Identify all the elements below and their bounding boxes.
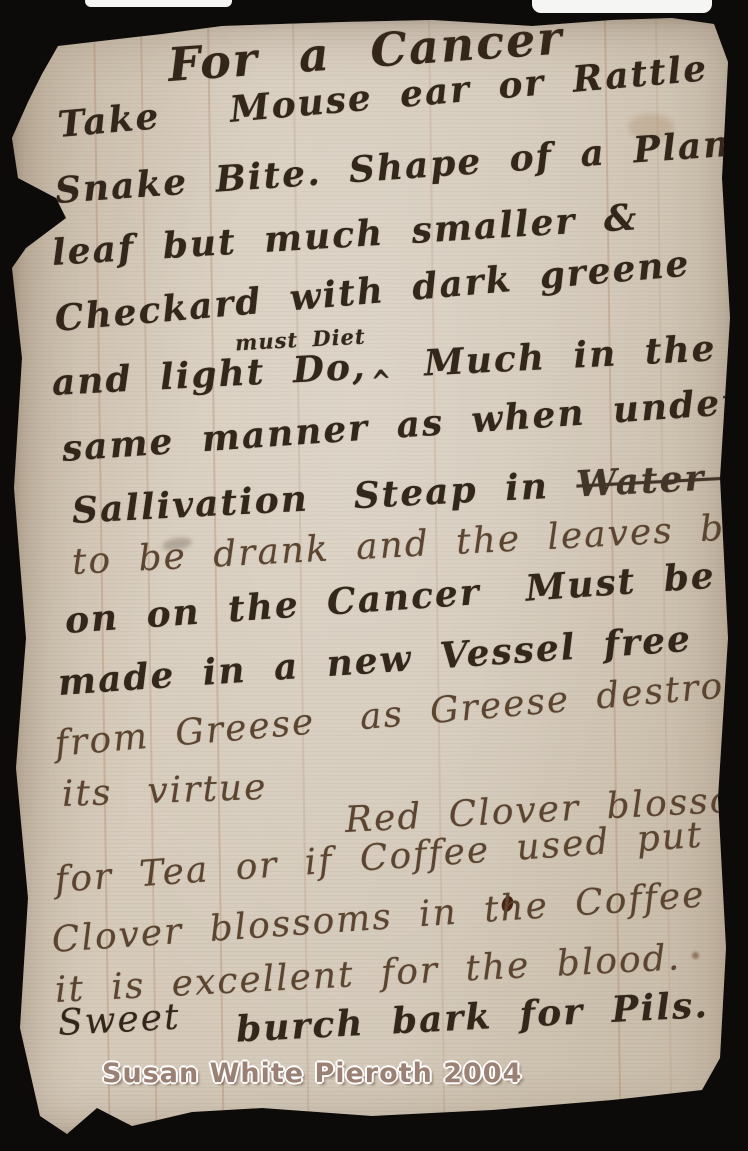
mounting-tab-right: [532, 0, 712, 13]
struck-words: Water Tea: [575, 451, 748, 505]
manuscript-paper: For a Cancer TakeMouse ear or Rattle Sna…: [12, 18, 738, 1136]
insertion-caret: ^: [370, 362, 394, 401]
watermark: Susan White Pieroth 2004: [102, 1058, 522, 1089]
mounting-tab-left: [85, 0, 232, 7]
manuscript-line: itsvirtue: [61, 767, 268, 815]
scanned-manuscript-page: For a Cancer TakeMouse ear or Rattle Sna…: [0, 0, 748, 1151]
paper-stain: [692, 952, 699, 959]
